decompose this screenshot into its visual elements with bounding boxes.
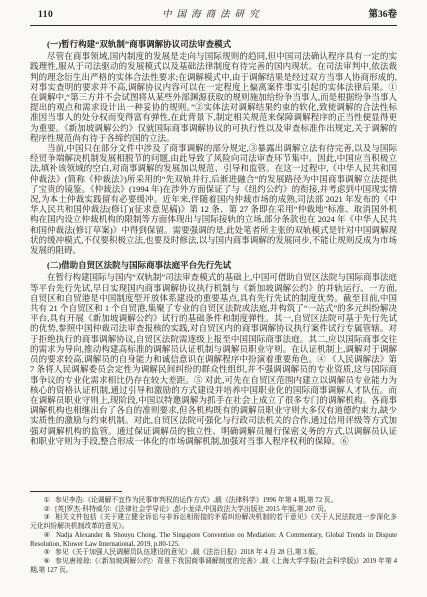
journal-page: 110 中国海商法研究 第36卷 (一)暂行构建“双轨制”商事调解协议司法审查模… [0, 0, 427, 597]
journal-title: 中国海商法研究 [162, 6, 264, 20]
footnote-3: ③相关文件包括《关于建立健全诉讼与非诉讼相衔接的矛盾纠纷解决机制的若干意见》《关… [30, 514, 397, 531]
footnote-4: ④Nadja Alexander & Shouyu Chong, The Sin… [30, 532, 397, 549]
footnote-text: Nadja Alexander & Shouyu Chong, The Sing… [30, 532, 397, 548]
running-head: 110 中国海商法研究 第36卷 [30, 6, 397, 26]
footnote-marker: ③ [44, 514, 50, 521]
footnote-text: 参见李浩:《论调解不宜作为民事审判权的运作方式》,载《法律科学》1996 年第 … [55, 497, 337, 504]
section-heading-2: (二)借助自贸区法院与国际商事法庭平台先行先试 [30, 260, 397, 270]
footnote-marker: ⑤ [44, 549, 50, 556]
footnote-text: 参见《关于加强人民调解员队伍建设的意见》,载《法治日报》2018 年 4 月 2… [55, 549, 322, 556]
footnote-marker: ② [44, 506, 50, 513]
footnotes-block: ①参见李浩:《论调解不宜作为民事审判权的运作方式》,载《法律科学》1996 年第… [30, 491, 397, 575]
footnote-marker: ⑥ [44, 558, 50, 565]
footnote-text: 参见唐琼琼:《〈新加坡调解公约〉背景下我国商事调解制度的完善》,载《上海大学学报… [30, 558, 397, 574]
volume-label: 第36卷 [368, 6, 397, 20]
page-number: 110 [30, 10, 53, 20]
footnote-text: [英]罗杰·科特威尔:《法律社会学导论》,彭小龙译,中国政法大学出版社 2015… [55, 506, 330, 513]
paragraph-1-2: 当前,中国只在部分文件中涉及了商事调解的部分规定,③暴露出调解立法有待完善,以及… [30, 143, 397, 255]
footnote-1: ①参见李浩:《论调解不宜作为民事审判权的运作方式》,载《法律科学》1996 年第… [30, 497, 397, 506]
footnote-marker: ④ [44, 532, 51, 539]
footnote-marker: ① [44, 497, 50, 504]
footnote-5: ⑤参见《关于加强人民调解员队伍建设的意见》,载《法治日报》2018 年 4 月 … [30, 549, 397, 558]
paragraph-1-1: 尽管在商事领域,国内制度的发展是走向与国际规则的趋同,但中国司法确认程序具有一定… [30, 51, 397, 143]
footnote-text: 相关文件包括《关于建立健全诉讼与非诉讼相衔接的矛盾纠纷解决机制的若干意见》《关于… [30, 514, 397, 530]
paragraph-2-1: 在暂行构建国际与国内“双轨制”司法审查模式的基础上,中国可借助自贸区法院与国际商… [30, 272, 397, 445]
footnote-6: ⑥参见唐琼琼:《〈新加坡调解公约〉背景下我国商事调解制度的完善》,载《上海大学学… [30, 558, 397, 575]
article-body: (一)暂行构建“双轨制”商事调解协议司法审查模式 尽管在商事领域,国内制度的发展… [30, 34, 397, 446]
footnote-separator [30, 491, 122, 492]
section-heading-1: (一)暂行构建“双轨制”商事调解协议司法审查模式 [30, 39, 397, 49]
